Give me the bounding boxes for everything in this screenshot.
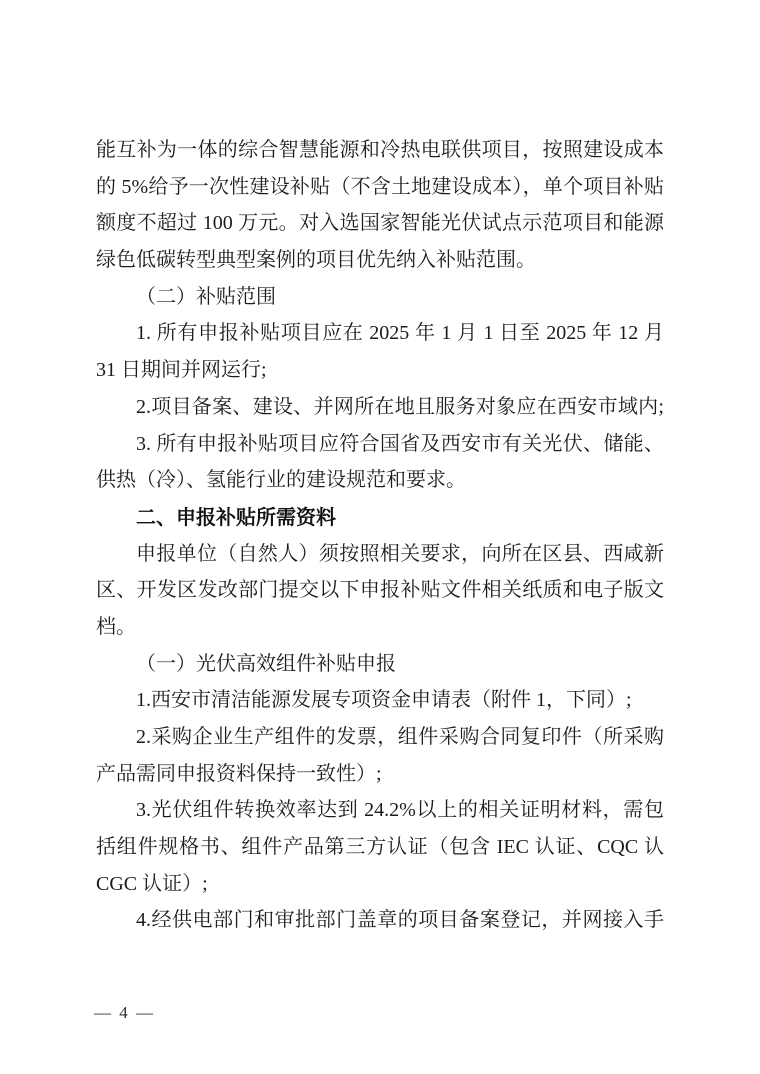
page-number: — 4 —: [94, 1003, 155, 1023]
document-page: 能互补为一体的综合智慧能源和冷热电联供项目，按照建设成本 的 5%给予一次性建设…: [0, 0, 760, 1074]
text-line: 2.采购企业生产组件的发票，组件采购合同复印件（所采购: [96, 719, 664, 756]
text-line: CGC 认证）;: [96, 866, 664, 903]
text-line: 的 5%给予一次性建设补贴（不含土地建设成本），单个项目补贴: [96, 169, 664, 206]
text-line: 4.经供电部门和审批部门盖章的项目备案登记，并网接入手: [96, 902, 664, 939]
text-line: 3. 所有申报补贴项目应符合国省及西安市有关光伏、储能、: [96, 426, 664, 463]
pv-item-4: 4.经供电部门和审批部门盖章的项目备案登记，并网接入手: [96, 902, 664, 939]
text-line: 产品需同申报资料保持一致性）;: [96, 756, 664, 793]
text-line: 1. 所有申报补贴项目应在 2025 年 1 月 1 日至 2025 年 12 …: [96, 315, 664, 352]
text-line: 3.光伏组件转换效率达到 24.2%以上的相关证明材料，需包: [96, 792, 664, 829]
pv-item-1: 1.西安市清洁能源发展专项资金申请表（附件 1，下同）;: [96, 682, 664, 719]
text-line: 档。: [96, 609, 664, 646]
subheading-subsidy-scope: （二）补贴范围: [96, 279, 664, 316]
scope-item-3: 3. 所有申报补贴项目应符合国省及西安市有关光伏、储能、 供热（冷）、氢能行业的…: [96, 426, 664, 499]
document-body: 能互补为一体的综合智慧能源和冷热电联供项目，按照建设成本 的 5%给予一次性建设…: [96, 132, 664, 939]
text-line: 1.西安市清洁能源发展专项资金申请表（附件 1，下同）;: [96, 682, 664, 719]
section-heading-required-materials: 二、申报补贴所需资料: [96, 499, 664, 536]
text-line: 区、开发区发改部门提交以下申报补贴文件相关纸质和电子版文: [96, 572, 664, 609]
text-line: 括组件规格书、组件产品第三方认证（包含 IEC 认证、CQC 认证、: [96, 829, 664, 866]
text-line: 额度不超过 100 万元。对入选国家智能光伏试点示范项目和能源: [96, 205, 664, 242]
text-line: 能互补为一体的综合智慧能源和冷热电联供项目，按照建设成本: [96, 132, 664, 169]
scope-item-2: 2.项目备案、建设、并网所在地且服务对象应在西安市域内;: [96, 389, 664, 426]
text-line: 31 日期间并网运行;: [96, 352, 664, 389]
paragraph-intro-continuation: 能互补为一体的综合智慧能源和冷热电联供项目，按照建设成本 的 5%给予一次性建设…: [96, 132, 664, 279]
text-line: 供热（冷）、氢能行业的建设规范和要求。: [96, 462, 664, 499]
text-line: 申报单位（自然人）须按照相关要求，向所在区县、西咸新: [96, 536, 664, 573]
subheading-pv-module-application: （一）光伏高效组件补贴申报: [96, 646, 664, 683]
pv-item-2: 2.采购企业生产组件的发票，组件采购合同复印件（所采购 产品需同申报资料保持一致…: [96, 719, 664, 792]
text-line: 绿色低碳转型典型案例的项目优先纳入补贴范围。: [96, 242, 664, 279]
pv-item-3: 3.光伏组件转换效率达到 24.2%以上的相关证明材料，需包 括组件规格书、组件…: [96, 792, 664, 902]
paragraph-required-materials-intro: 申报单位（自然人）须按照相关要求，向所在区县、西咸新 区、开发区发改部门提交以下…: [96, 536, 664, 646]
scope-item-1: 1. 所有申报补贴项目应在 2025 年 1 月 1 日至 2025 年 12 …: [96, 315, 664, 388]
text-line: 2.项目备案、建设、并网所在地且服务对象应在西安市域内;: [96, 389, 664, 426]
